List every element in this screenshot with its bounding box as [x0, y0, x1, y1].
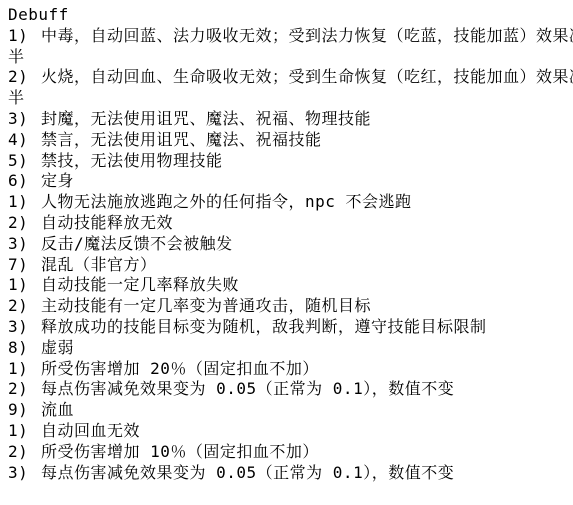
line-text: 所受伤害增加 10％（固定扣血不加）: [41, 442, 319, 461]
line-text: 人物无法施放逃跑之外的任何指令，npc 不会逃跑: [41, 192, 412, 211]
debuff-line: 1)所受伤害增加 20％（固定扣血不加）: [8, 359, 569, 380]
line-text: 半: [8, 88, 25, 107]
line-text: Debuff: [8, 5, 69, 24]
line-text: 混乱（非官方）: [41, 255, 157, 274]
line-text: 禁言，无法使用诅咒、魔法、祝福技能: [41, 130, 322, 149]
list-number: 3): [8, 234, 41, 255]
line-text: 半: [8, 47, 25, 66]
list-number: 1): [8, 421, 41, 442]
line-text: 每点伤害减免效果变为 0.05（正常为 0.1），数值不变: [41, 463, 454, 482]
line-text: 自动技能一定几率释放失败: [41, 275, 239, 294]
debuff-line: 3)反击/魔法反馈不会被触发: [8, 234, 569, 255]
line-text: 火烧，自动回血、生命吸收无效；受到生命恢复（吃红，技能加血）效果减: [41, 67, 573, 86]
document-page: Debuff1)中毒，自动回蓝、法力吸收无效；受到法力恢复（吃蓝，技能加蓝）效果…: [0, 0, 573, 505]
doc-title-line: Debuff: [8, 5, 569, 26]
line-text: 禁技，无法使用物理技能: [41, 151, 223, 170]
line-text: 自动回血无效: [41, 421, 140, 440]
line-text: 主动技能有一定几率变为普通攻击，随机目标: [41, 296, 371, 315]
debuff-line: 2)每点伤害减免效果变为 0.05（正常为 0.1），数值不变: [8, 379, 569, 400]
list-number: 2): [8, 213, 41, 234]
list-number: 2): [8, 442, 41, 463]
list-number: 8): [8, 338, 41, 359]
debuff-line: 3)释放成功的技能目标变为随机，敌我判断，遵守技能目标限制: [8, 317, 569, 338]
debuff-text-body: Debuff1)中毒，自动回蓝、法力吸收无效；受到法力恢复（吃蓝，技能加蓝）效果…: [0, 0, 573, 483]
line-text: 所受伤害增加 20％（固定扣血不加）: [41, 359, 319, 378]
line-text: 每点伤害减免效果变为 0.05（正常为 0.1），数值不变: [41, 379, 454, 398]
line-text: 定身: [41, 171, 74, 190]
debuff-line: 8)虚弱: [8, 338, 569, 359]
line-text: 流血: [41, 400, 74, 419]
debuff-line: 4)禁言，无法使用诅咒、魔法、祝福技能: [8, 130, 569, 151]
list-number: 7): [8, 255, 41, 276]
line-text: 虚弱: [41, 338, 74, 357]
list-number: 9): [8, 400, 41, 421]
list-number: 4): [8, 130, 41, 151]
list-number: 5): [8, 151, 41, 172]
debuff-line: 5)禁技，无法使用物理技能: [8, 151, 569, 172]
list-number: 3): [8, 463, 41, 484]
debuff-line: 6)定身: [8, 171, 569, 192]
debuff-line: 2)所受伤害增加 10％（固定扣血不加）: [8, 442, 569, 463]
list-number: 2): [8, 379, 41, 400]
list-number: 3): [8, 109, 41, 130]
line-text: 释放成功的技能目标变为随机，敌我判断，遵守技能目标限制: [41, 317, 487, 336]
debuff-line: 7)混乱（非官方）: [8, 255, 569, 276]
debuff-line: 半: [8, 47, 569, 68]
line-text: 封魔，无法使用诅咒、魔法、祝福、物理技能: [41, 109, 371, 128]
list-number: 6): [8, 171, 41, 192]
list-number: 1): [8, 359, 41, 380]
list-number: 3): [8, 317, 41, 338]
debuff-line: 1)人物无法施放逃跑之外的任何指令，npc 不会逃跑: [8, 192, 569, 213]
debuff-line: 1)自动技能一定几率释放失败: [8, 275, 569, 296]
line-text: 自动技能释放无效: [41, 213, 173, 232]
debuff-line: 3)封魔，无法使用诅咒、魔法、祝福、物理技能: [8, 109, 569, 130]
debuff-line: 2)自动技能释放无效: [8, 213, 569, 234]
list-number: 1): [8, 275, 41, 296]
debuff-line: 半: [8, 88, 569, 109]
debuff-line: 1)中毒，自动回蓝、法力吸收无效；受到法力恢复（吃蓝，技能加蓝）效果减: [8, 26, 569, 47]
line-text: 反击/魔法反馈不会被触发: [41, 234, 233, 253]
debuff-line: 2)主动技能有一定几率变为普通攻击，随机目标: [8, 296, 569, 317]
debuff-line: 9)流血: [8, 400, 569, 421]
list-number: 2): [8, 296, 41, 317]
list-number: 1): [8, 192, 41, 213]
debuff-line: 2)火烧，自动回血、生命吸收无效；受到生命恢复（吃红，技能加血）效果减: [8, 67, 569, 88]
list-number: 1): [8, 26, 41, 47]
debuff-line: 3)每点伤害减免效果变为 0.05（正常为 0.1），数值不变: [8, 463, 569, 484]
debuff-line: 1)自动回血无效: [8, 421, 569, 442]
line-text: 中毒，自动回蓝、法力吸收无效；受到法力恢复（吃蓝，技能加蓝）效果减: [41, 26, 573, 45]
list-number: 2): [8, 67, 41, 88]
